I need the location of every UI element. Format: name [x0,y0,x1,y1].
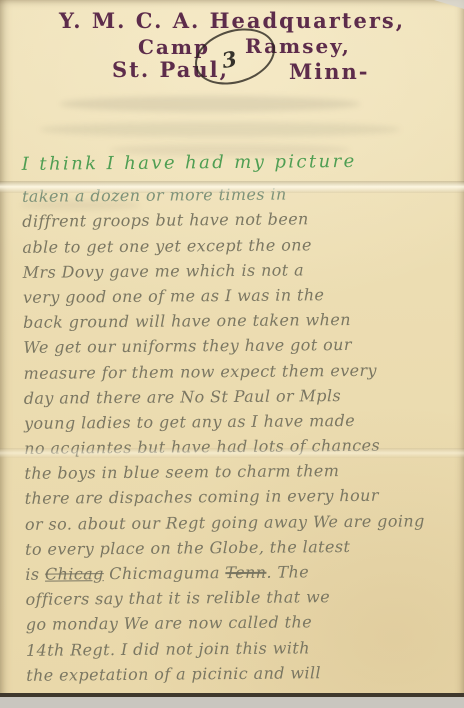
handwriting-line: taken a dozen or more times in [22,183,442,212]
handwriting-text: measure for them now expect them every [23,360,377,382]
handwriting-text: We get our uniforms they have got our [23,335,352,357]
handwriting-text: the boys in blue seem to charm them [24,461,339,483]
handwriting-text: the expetation of a picinic and will [26,663,321,685]
handwriting-text: no acqiantes but have had lots of chance… [24,436,380,458]
handwriting-line: day and there are No St Paul or Mpls [24,385,444,414]
handwriting-line: no acqiantes but have had lots of chance… [24,435,444,464]
handwriting-line: the expetation of a picinic and will [26,662,446,691]
handwriting-text: able to get one yet except the one [22,235,311,257]
photo-bottom-edge [0,693,464,708]
handwriting-text: there are dispaches coming in every hour [25,486,379,508]
handwriting-line: the boys in blue seem to charm them [24,460,444,489]
handwriting-text: Chicmaguma [104,563,226,583]
handwriting-line: measure for them now expect them every [23,360,443,389]
struck-word: Tenn [225,563,266,582]
handwriting-text: diffrent groops but have not been [22,210,309,231]
handwriting-line: 14th Regt. I did not join this with [26,637,446,666]
handwriting-line: or so. about our Regt going away We are … [25,511,445,540]
handwriting-line: is Chicag Chicmaguma Tenn. The [25,561,445,590]
handwriting-line: Mrs Dovy gave me which is not a [23,259,443,288]
handwriting-text: 14th Regt. I did not join this with [26,638,310,659]
show-through-smudge [60,96,360,112]
struck-word: Chicag [45,564,104,584]
handwriting-text: to every place on the Globe, the latest [25,537,350,559]
letter-body: I think I have had my picturetaken a doz… [22,150,447,691]
handwriting-line: officers say that it is relible that we [25,586,445,615]
handwriting-text: . The [266,562,309,581]
handwriting-text: go monday We are now called the [26,613,312,634]
handwriting-text: Mrs Dovy gave me which is not a [23,260,304,281]
handwriting-line: go monday We are now called the [26,612,446,641]
handwriting-line: to every place on the Globe, the latest [25,536,445,565]
letter-page: Y. M. C. A. Headquarters, Camp Ramsey, S… [0,0,464,708]
handwriting-line: young ladies to get any as I have made [24,410,444,439]
letterhead: Y. M. C. A. Headquarters, Camp Ramsey, S… [0,0,464,90]
handwriting-text: very good one of me as I was in the [23,285,325,307]
handwriting-line: able to get one yet except the one [22,234,442,263]
handwriting-text: or so. about our Regt going away We are … [25,511,425,533]
handwriting-line: back ground will have one taken when [23,309,443,338]
handwriting-text: taken a dozen or more times in [22,185,287,206]
handwriting-text: I think I have had my picture [22,151,357,175]
letterhead-state: Minn- [289,59,369,84]
handwriting-text: young ladies to get any as I have made [24,411,355,433]
handwriting-line: there are dispaches coming in every hour [25,486,445,515]
handwriting-text: back ground will have one taken when [23,310,351,332]
handwriting-line: I think I have had my picture [22,150,442,179]
handwriting-line: very good one of me as I was in the [23,284,443,313]
handwriting-text: day and there are No St Paul or Mpls [24,386,341,408]
show-through-smudge [40,122,400,137]
handwriting-line: diffrent groops but have not been [22,209,442,238]
handwriting-text: is [25,565,45,584]
handwriting-line: We get our uniforms they have got our [23,334,443,363]
handwriting-text: officers say that it is relible that we [25,587,330,609]
